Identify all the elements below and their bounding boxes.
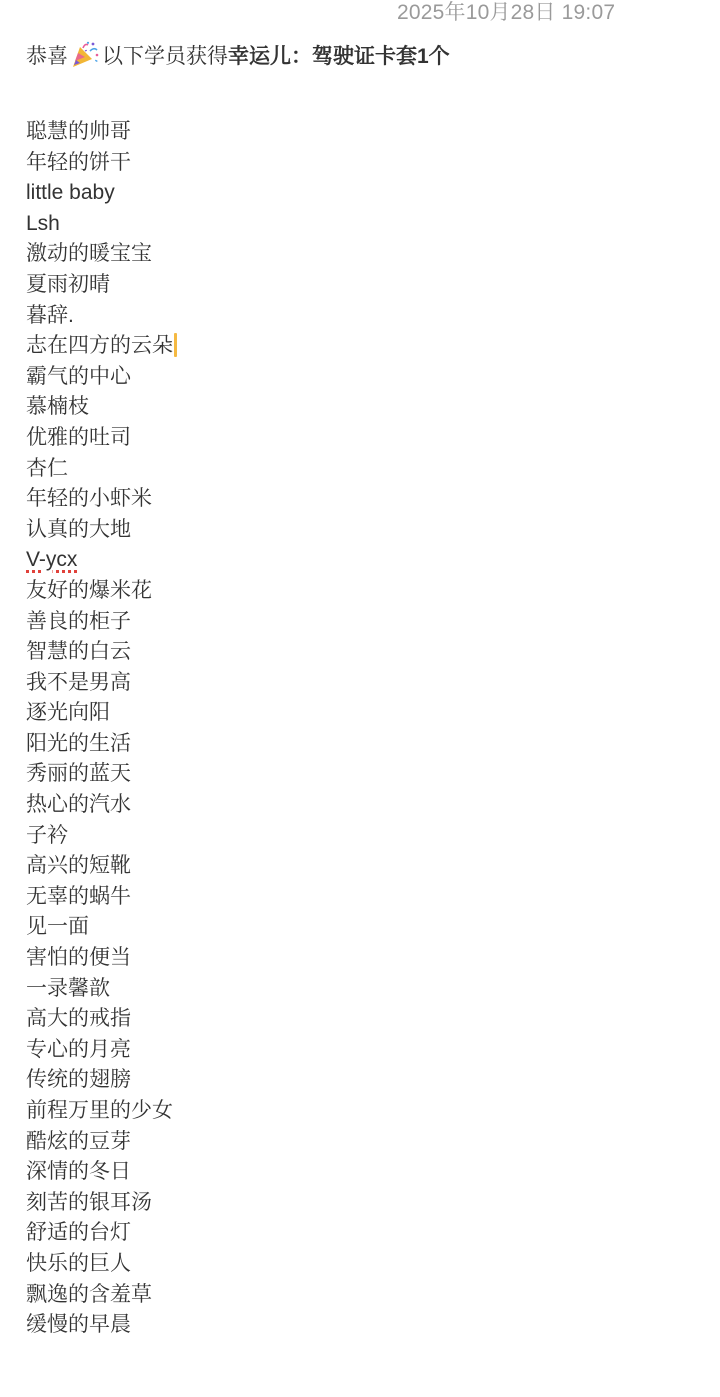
list-item: 夏雨初晴 <box>26 270 700 301</box>
list-item: 深情的冬日 <box>26 1157 700 1188</box>
list-item: 见一面 <box>26 912 700 943</box>
list-item: 优雅的吐司 <box>26 423 700 454</box>
list-item: 杏仁 <box>26 454 700 485</box>
list-item: 慕楠枝 <box>26 392 700 423</box>
headline-middle: 以下学员获得 <box>102 45 228 68</box>
list-item: 暮辞. <box>26 301 700 332</box>
list-item: 认真的大地 <box>26 515 700 546</box>
list-item-spellcheck[interactable]: V-ycx <box>26 545 700 576</box>
list-item: 聪慧的帅哥 <box>26 117 700 148</box>
winner-list: 聪慧的帅哥 年轻的饼干 little baby Lsh 激动的暖宝宝 夏雨初晴 … <box>26 117 700 1341</box>
list-item: 年轻的小虾米 <box>26 484 700 515</box>
list-item: 一录馨歆 <box>26 974 700 1005</box>
note-headline[interactable]: 恭喜 以下学员获得幸运儿：驾驶证卡套1个 <box>26 40 700 74</box>
headline-prize: 幸运儿：驾驶证卡套1个 <box>228 45 450 68</box>
list-item: 刻苦的银耳汤 <box>26 1188 700 1219</box>
list-item-with-cursor[interactable]: 志在四方的云朵 <box>26 331 700 362</box>
list-item: 友好的爆米花 <box>26 576 700 607</box>
list-item: 激动的暖宝宝 <box>26 239 700 270</box>
list-item-text: 志在四方的云朵 <box>26 334 173 357</box>
list-item: 年轻的饼干 <box>26 148 700 179</box>
list-item: 无辜的蜗牛 <box>26 882 700 913</box>
text-cursor <box>174 333 177 357</box>
party-popper-icon <box>70 41 100 69</box>
list-item: 秀丽的蓝天 <box>26 759 700 790</box>
note-body[interactable]: 恭喜 以下学员获得幸运儿：驾驶证卡套1个 聪慧的帅哥 年轻的饼干 little … <box>26 40 700 1341</box>
list-item: 传统的翅膀 <box>26 1065 700 1096</box>
list-item: 逐光向阳 <box>26 698 700 729</box>
list-item: 霸气的中心 <box>26 362 700 393</box>
blank-line <box>26 74 700 117</box>
list-item: 缓慢的早晨 <box>26 1310 700 1341</box>
list-item: 酷炫的豆芽 <box>26 1127 700 1158</box>
list-item: little baby <box>26 178 700 209</box>
headline-prefix: 恭喜 <box>26 45 68 68</box>
note-timestamp: 2025年10月28日 19:07 <box>397 0 615 26</box>
list-item: 我不是男高 <box>26 668 700 699</box>
list-item: 热心的汽水 <box>26 790 700 821</box>
list-item: Lsh <box>26 209 700 240</box>
list-item: 高兴的短靴 <box>26 851 700 882</box>
list-item: 高大的戒指 <box>26 1004 700 1035</box>
spellcheck-flagged-text[interactable]: V-ycx <box>26 548 77 571</box>
list-item: 飘逸的含羞草 <box>26 1280 700 1311</box>
list-item: 子衿 <box>26 821 700 852</box>
list-item: 善良的柜子 <box>26 607 700 638</box>
list-item: 前程万里的少女 <box>26 1096 700 1127</box>
list-item: 智慧的白云 <box>26 637 700 668</box>
list-item: 害怕的便当 <box>26 943 700 974</box>
list-item: 专心的月亮 <box>26 1035 700 1066</box>
list-item: 阳光的生活 <box>26 729 700 760</box>
list-item: 快乐的巨人 <box>26 1249 700 1280</box>
list-item: 舒适的台灯 <box>26 1218 700 1249</box>
